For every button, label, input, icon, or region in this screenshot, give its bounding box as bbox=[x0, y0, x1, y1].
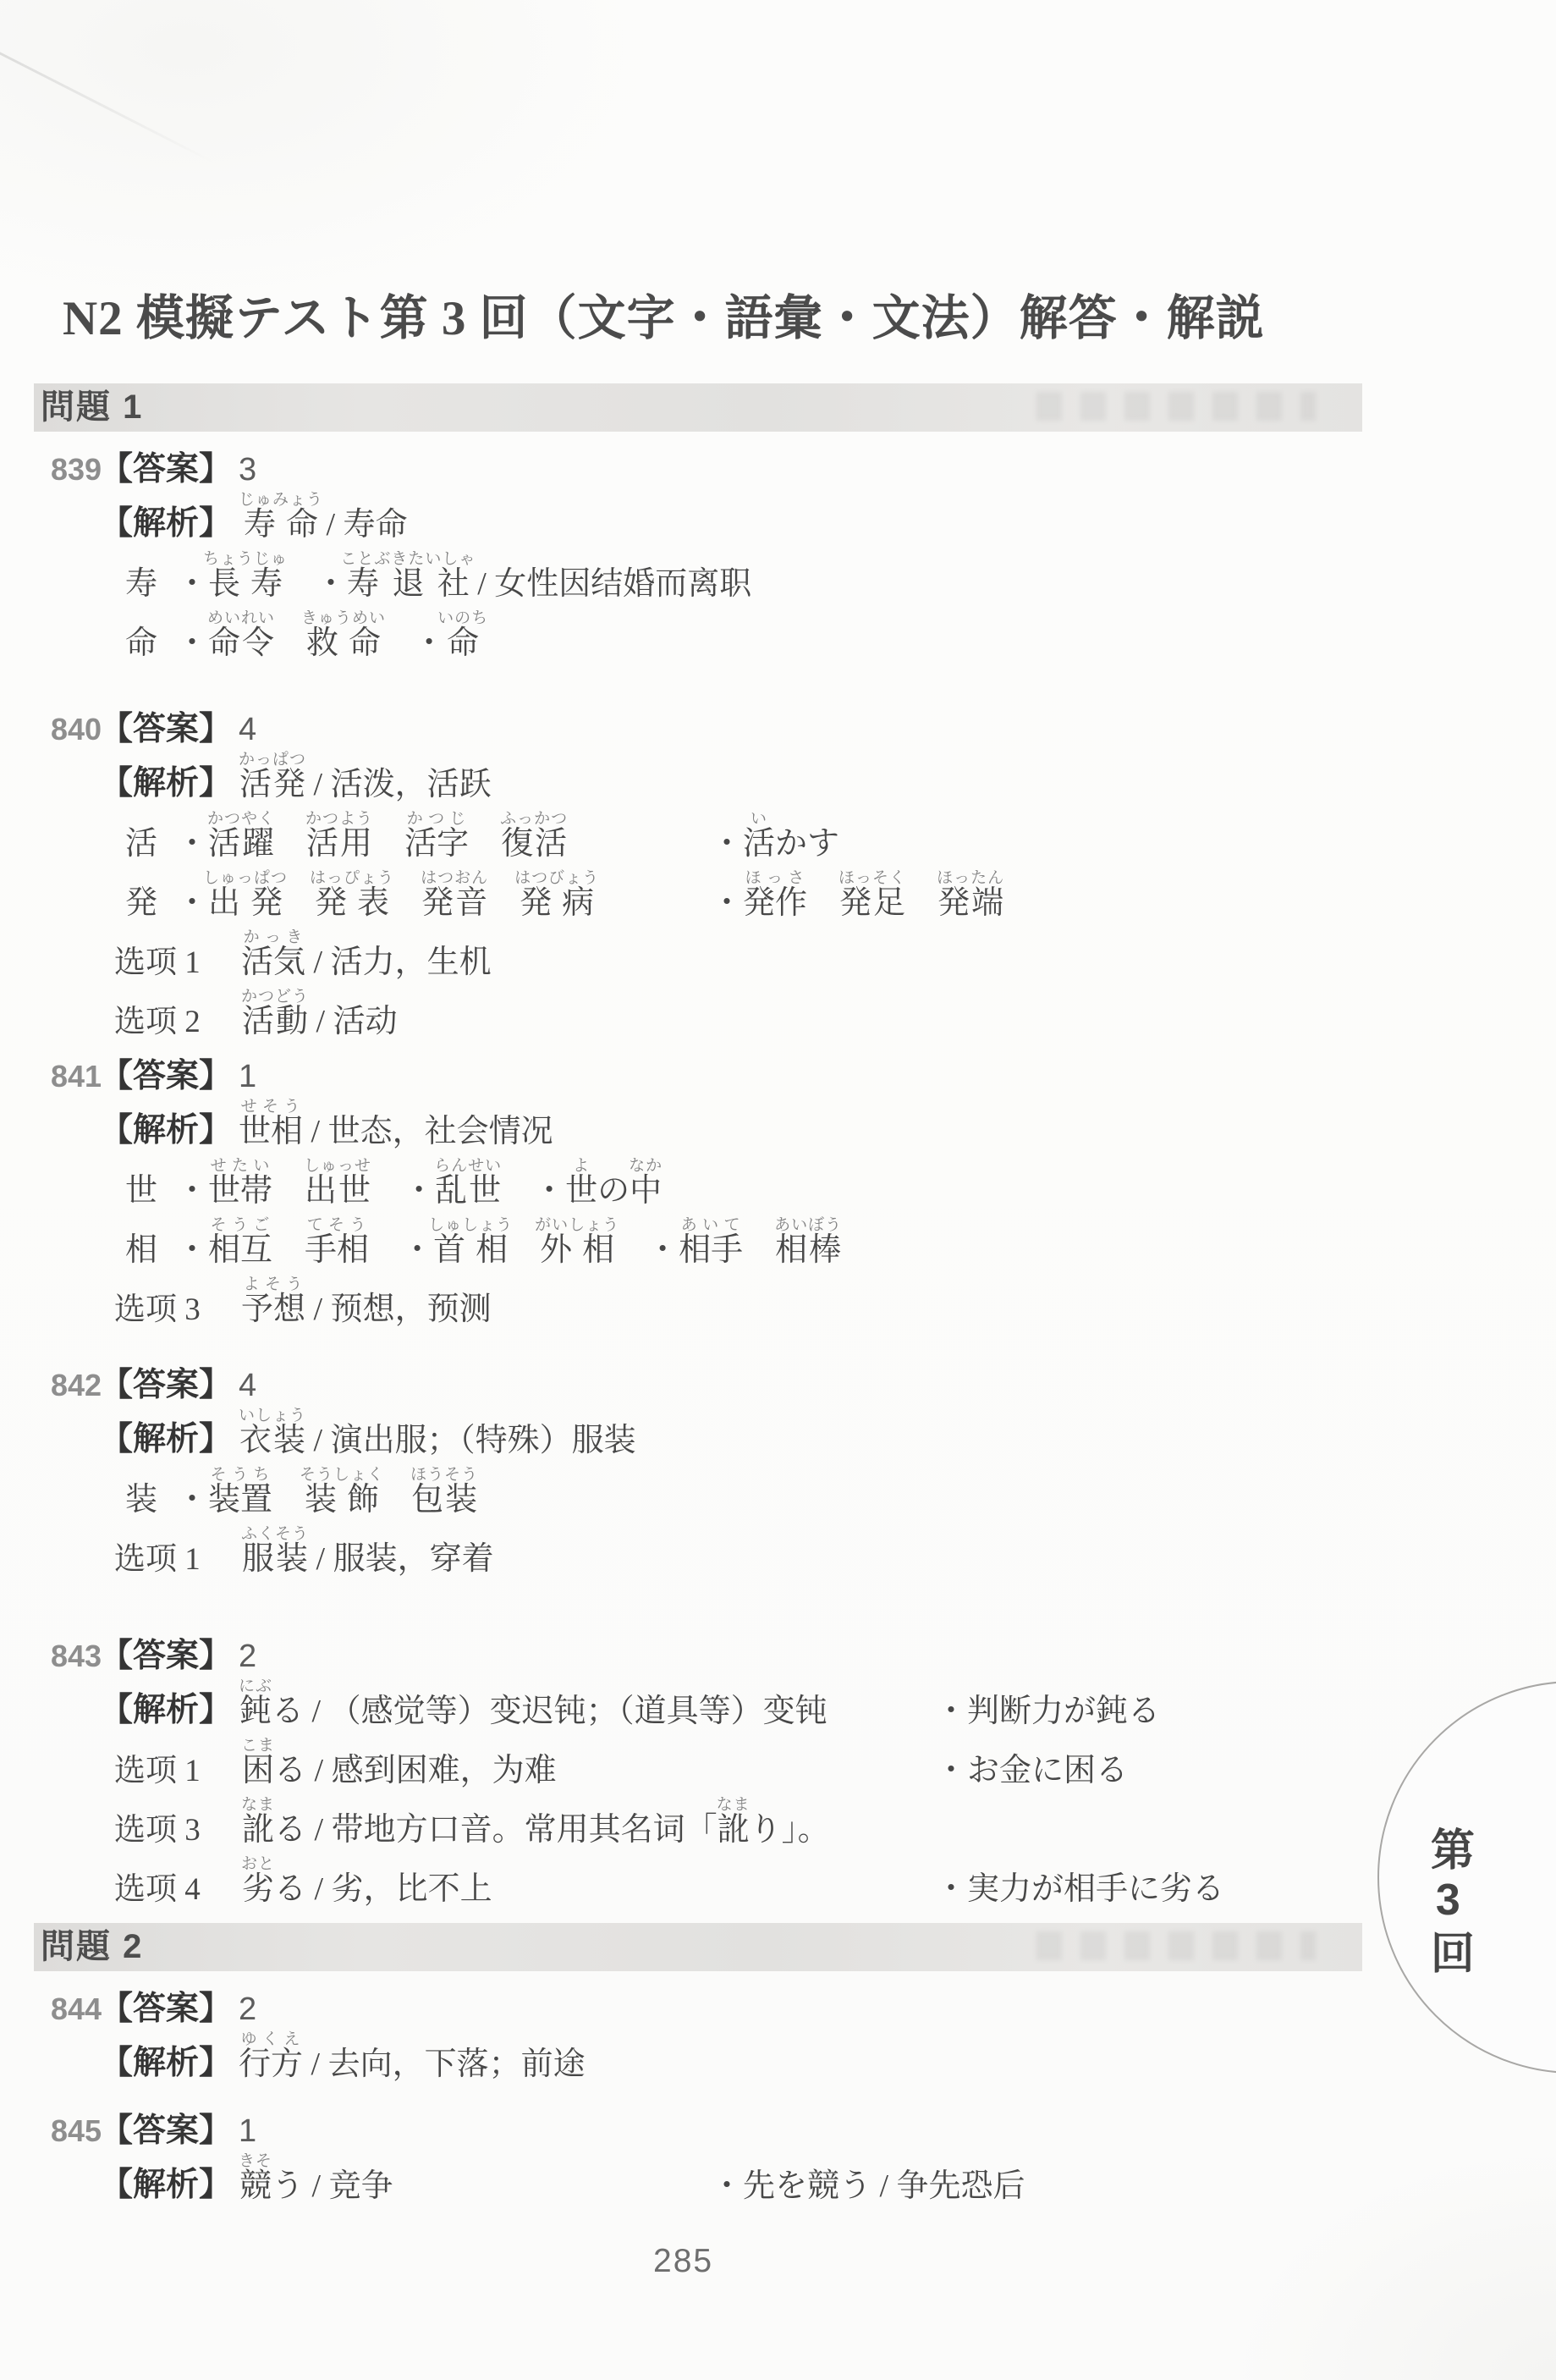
furigana-reading: かつどう bbox=[241, 988, 309, 1005]
furigana-reading: てそう bbox=[305, 1216, 369, 1234]
furigana-word: 発表はっぴょう bbox=[315, 885, 389, 921]
answer-value: 3 bbox=[239, 452, 256, 488]
furigana-reading: おと bbox=[241, 1855, 275, 1873]
explanation-text: ・活躍かつやく 活用かつよう 活字かつじ 復活ふっかつ bbox=[176, 810, 568, 863]
explanation-row: 寿・長寿ちょうじゅ ・寿退社ことぶきたいしゃ / 女性因结婚而离职 bbox=[51, 548, 1489, 603]
text-run: ・ bbox=[381, 625, 445, 661]
furigana-reading: い bbox=[743, 810, 775, 828]
furigana-reading: ほっそく bbox=[838, 869, 906, 887]
explanation-text: 世相せそう / 世态，社会情况 bbox=[239, 1098, 553, 1151]
question-number: 844 bbox=[51, 1992, 100, 2027]
furigana-reading: いしょう bbox=[239, 1407, 306, 1424]
text-run: う / 竞争 bbox=[272, 2168, 393, 2204]
explanation-text: 活動かつどう / 活动 bbox=[241, 988, 398, 1041]
answer-item: 841【答案】1【解析】世相せそう / 世态，社会情况世・世帯せたい 出世しゅっ… bbox=[51, 1050, 1489, 1329]
text-run bbox=[272, 1232, 305, 1268]
explanation-row: 选项 2活動かつどう / 活动 bbox=[51, 985, 1489, 1041]
text-run: る / 感到困难，为难 bbox=[274, 1753, 557, 1788]
furigana-reading: ことぶきたいしゃ bbox=[340, 550, 476, 568]
furigana-reading: せたい bbox=[208, 1157, 272, 1175]
text-run: ・ bbox=[711, 826, 743, 862]
text-run: ・ bbox=[614, 1232, 679, 1268]
answer-line: 839【答案】3 bbox=[51, 443, 1489, 485]
text-run bbox=[743, 1232, 775, 1268]
furigana-word: 出発しゅっぱつ bbox=[208, 885, 283, 921]
text-run: ・お金に困る bbox=[935, 1753, 1128, 1788]
text-run bbox=[389, 885, 421, 921]
furigana-reading: せそう bbox=[239, 1098, 303, 1116]
text-run: ・ bbox=[176, 1482, 208, 1518]
text-run: / 去向，下落；前途 bbox=[303, 2047, 586, 2082]
option-label: 选项 1 bbox=[114, 1533, 241, 1578]
text-run: / 服装，穿着 bbox=[308, 1541, 494, 1577]
explanation-text: 活気かっき / 活力，生机 bbox=[241, 928, 492, 982]
answer-label: 【答案】 bbox=[100, 443, 232, 490]
explanation-row: 【解析】行方ゆくえ / 去向，下落；前途 bbox=[51, 2028, 1489, 2084]
answer-value: 2 bbox=[239, 1992, 256, 2028]
furigana-word: 予想よそう bbox=[241, 1292, 305, 1327]
kanji-head: 活 bbox=[125, 817, 176, 863]
text-run: ・ bbox=[371, 1173, 435, 1209]
explanation-text: ・命令めいれい 救命きゅうめい ・命いのち bbox=[176, 609, 488, 663]
explanation-row: 【解析】世相せそう / 世态，社会情况 bbox=[51, 1095, 1489, 1151]
answer-value: 4 bbox=[239, 1368, 256, 1404]
section-tab-label: 第3回 bbox=[1421, 1826, 1474, 1979]
text-run bbox=[372, 826, 404, 862]
option-label: 选项 3 bbox=[114, 1804, 241, 1849]
answer-label: 【答案】 bbox=[100, 1629, 232, 1677]
furigana-word: 活字かつじ bbox=[404, 826, 469, 862]
explanation-text: 劣おとる / 劣，比不上 bbox=[241, 1855, 492, 1909]
explanation-text: ・出発しゅっぱつ 発表はっぴょう 発音はつおん 発病はつびょう bbox=[176, 869, 599, 923]
explanation-text: 困こまる / 感到困难，为难 bbox=[241, 1737, 557, 1790]
furigana-word: 活発かっぱつ bbox=[239, 767, 305, 802]
kaiseki-label: 【解析】 bbox=[100, 2036, 239, 2084]
question-number: 842 bbox=[51, 1368, 100, 1403]
kaiseki-label: 【解析】 bbox=[100, 1683, 239, 1731]
option-label: 选项 2 bbox=[114, 995, 241, 1041]
section-header-bar: 問題 2 bbox=[34, 1923, 1362, 1971]
section-header-label: 問題 2 bbox=[41, 1923, 143, 1971]
explanation-row: 选项 3訛なまる / 带地方口音。常用其名词「訛なまり」。 bbox=[51, 1793, 1489, 1849]
furigana-word: 行方ゆくえ bbox=[239, 2047, 303, 2082]
text-run: / 演出服；（特殊）服装 bbox=[305, 1423, 636, 1458]
text-run: / 活力，生机 bbox=[305, 945, 492, 980]
furigana-reading: こま bbox=[241, 1737, 275, 1755]
section-header-label: 問題 1 bbox=[41, 383, 143, 432]
option-label: 选项 4 bbox=[114, 1863, 241, 1909]
answer-label: 【答案】 bbox=[100, 1358, 232, 1406]
furigana-word: 装飾そうしょく bbox=[305, 1482, 379, 1518]
furigana-word: 活気かっき bbox=[241, 945, 305, 980]
furigana-reading: しゅっぱつ bbox=[203, 869, 288, 887]
furigana-reading: あいぼう bbox=[774, 1216, 842, 1234]
furigana-reading: きゅうめい bbox=[301, 609, 386, 627]
furigana-word: 寿退社ことぶきたいしゃ bbox=[347, 566, 470, 602]
explanation-text: ・長寿ちょうじゅ ・寿退社ことぶきたいしゃ / 女性因结婚而离职 bbox=[176, 550, 751, 603]
explanation-row: 选项 1活気かっき / 活力，生机 bbox=[51, 926, 1489, 982]
furigana-word: 外相がいしょう bbox=[540, 1232, 614, 1268]
text-run bbox=[274, 826, 306, 862]
furigana-word: 発音はつおん bbox=[421, 885, 487, 921]
furigana-word: 発病はつびょう bbox=[520, 885, 599, 921]
furigana-word: 発端ほったん bbox=[937, 885, 1004, 921]
explanation-text: ・世帯せたい 出世しゅっせ ・乱世らんせい ・世よの中なか bbox=[176, 1157, 663, 1210]
furigana-reading: なま bbox=[717, 1796, 751, 1814]
furigana-reading: ほっさ bbox=[743, 869, 807, 887]
option-label: 选项 1 bbox=[114, 1744, 241, 1790]
furigana-word: 出世しゅっせ bbox=[305, 1173, 371, 1209]
explanation-text: 衣装いしょう / 演出服；（特殊）服装 bbox=[239, 1407, 636, 1460]
explanation-text: 寿命じゅみょう / 寿命 bbox=[239, 491, 408, 544]
text-run: る / 劣，比不上 bbox=[274, 1871, 492, 1907]
usage-example: ・活いかす bbox=[711, 810, 839, 863]
furigana-reading: そうち bbox=[208, 1466, 272, 1484]
explanation-row: 选项 3予想よそう / 预想，预测 bbox=[51, 1273, 1489, 1329]
question-number: 843 bbox=[51, 1639, 100, 1674]
answer-label: 【答案】 bbox=[100, 1982, 232, 2030]
furigana-reading: よ bbox=[565, 1157, 597, 1175]
answer-label: 【答案】 bbox=[100, 1050, 232, 1097]
explanation-text: 鈍にぶる / （感觉等）变迟钝；（道具等）变钝 bbox=[239, 1678, 827, 1731]
explanation-row: 【解析】寿命じゅみょう / 寿命 bbox=[51, 488, 1489, 544]
explanation-row: 选项 4劣おとる / 劣，比不上・実力が相手に劣る bbox=[51, 1853, 1489, 1909]
furigana-reading: めいれい bbox=[207, 609, 275, 627]
text-run bbox=[272, 1173, 305, 1209]
usage-example: ・発作ほっさ 発足ほっそく 発端ほったん bbox=[711, 869, 1004, 923]
kanji-head: 世 bbox=[125, 1164, 176, 1210]
usage-example: ・お金に困る bbox=[935, 1744, 1128, 1790]
kaiseki-label: 【解析】 bbox=[100, 2158, 239, 2206]
furigana-reading: そうしょく bbox=[300, 1466, 384, 1484]
furigana-word: 相互そうご bbox=[208, 1232, 272, 1268]
kanji-head: 寿 bbox=[125, 557, 176, 603]
furigana-reading: らんせい bbox=[434, 1157, 502, 1175]
usage-example: ・判断力が鈍る bbox=[935, 1684, 1160, 1731]
furigana-word: 発作ほっさ bbox=[743, 885, 807, 921]
answer-item: 843【答案】2【解析】鈍にぶる / （感觉等）变迟钝；（道具等）变钝・判断力が… bbox=[51, 1629, 1489, 1909]
furigana-word: 相手あいて bbox=[679, 1232, 743, 1268]
answer-value: 1 bbox=[239, 1059, 256, 1095]
paper-crease bbox=[0, 34, 214, 163]
furigana-word: 世相せそう bbox=[239, 1114, 303, 1149]
answer-item: 844【答案】2【解析】行方ゆくえ / 去向，下落；前途 bbox=[51, 1982, 1489, 2084]
kaiseki-label: 【解析】 bbox=[100, 1104, 239, 1151]
furigana-word: 活躍かつやく bbox=[208, 826, 274, 862]
explanation-text: 服装ふくそう / 服装，穿着 bbox=[241, 1525, 494, 1578]
question-number: 840 bbox=[51, 712, 100, 747]
furigana-reading: がいしょう bbox=[535, 1216, 619, 1234]
explanation-text: ・装置そうち 装飾そうしょく 包装ほうそう bbox=[176, 1466, 478, 1519]
text-run: / 女性因结婚而离职 bbox=[470, 566, 752, 602]
answer-line: 842【答案】4 bbox=[51, 1358, 1489, 1401]
furigana-word: 装置そうち bbox=[208, 1482, 272, 1518]
answer-label: 【答案】 bbox=[100, 2104, 232, 2151]
text-run: ・ bbox=[176, 826, 208, 862]
explanation-row: 选项 1困こまる / 感到困难，为难・お金に困る bbox=[51, 1734, 1489, 1790]
text-run: ・ bbox=[176, 1232, 208, 1268]
text-run: ・先を競う / 争先恐后 bbox=[711, 2168, 1025, 2204]
furigana-reading: にぶ bbox=[239, 1678, 272, 1695]
furigana-word: 中なか bbox=[630, 1173, 663, 1209]
furigana-reading: あいて bbox=[679, 1216, 743, 1234]
kaiseki-label: 【解析】 bbox=[100, 497, 239, 544]
furigana-word: 服装ふくそう bbox=[241, 1541, 308, 1577]
text-run: ・ bbox=[176, 625, 208, 661]
furigana-reading: じゅみょう bbox=[239, 491, 323, 509]
text-run bbox=[807, 885, 839, 921]
text-run bbox=[469, 826, 501, 862]
answer-item: 845【答案】1【解析】競きそう / 竞争・先を競う / 争先恐后 bbox=[51, 2104, 1489, 2206]
usage-example: ・実力が相手に劣る bbox=[935, 1862, 1224, 1909]
question-number: 845 bbox=[51, 2113, 100, 2149]
furigana-word: 活い bbox=[743, 826, 775, 862]
explanation-row: 装・装置そうち 装飾そうしょく 包装ほうそう bbox=[51, 1463, 1489, 1519]
furigana-word: 乱世らんせい bbox=[435, 1173, 501, 1209]
furigana-word: 訛なま bbox=[241, 1812, 274, 1848]
explanation-text: ・相互そうご 手相てそう ・首相しゅしょう 外相がいしょう ・相手あいて 相棒あ… bbox=[176, 1216, 842, 1270]
answer-value: 2 bbox=[239, 1639, 256, 1675]
furigana-reading: ちょうじゅ bbox=[203, 550, 288, 568]
furigana-word: 相棒あいぼう bbox=[775, 1232, 842, 1268]
option-label: 选项 1 bbox=[114, 936, 241, 982]
explanation-row: 発・出発しゅっぱつ 発表はっぴょう 発音はつおん 発病はつびょう・発作ほっさ 発… bbox=[51, 867, 1489, 923]
furigana-reading: かつじ bbox=[404, 810, 469, 828]
furigana-word: 救命きゅうめい bbox=[306, 625, 381, 661]
furigana-word: 首相しゅしょう bbox=[433, 1232, 508, 1268]
text-run: ・ bbox=[501, 1173, 565, 1209]
text-run: / 预想，预测 bbox=[305, 1292, 492, 1327]
option-label: 选项 3 bbox=[114, 1283, 241, 1329]
furigana-word: 包装ほうそう bbox=[411, 1482, 478, 1518]
furigana-word: 競きそ bbox=[239, 2168, 272, 2204]
furigana-reading: かっき bbox=[241, 928, 305, 946]
explanation-row: 【解析】競きそう / 竞争・先を競う / 争先恐后 bbox=[51, 2150, 1489, 2206]
furigana-reading: よそう bbox=[241, 1275, 305, 1293]
kaiseki-label: 【解析】 bbox=[100, 757, 239, 804]
furigana-word: 命令めいれい bbox=[208, 625, 274, 661]
answer-line: 840【答案】4 bbox=[51, 702, 1489, 745]
furigana-word: 復活ふっかつ bbox=[501, 826, 568, 862]
furigana-reading: ふっかつ bbox=[500, 810, 568, 828]
furigana-reading: ふくそう bbox=[241, 1525, 309, 1543]
furigana-reading: かっぱつ bbox=[239, 751, 306, 769]
explanation-row: 世・世帯せたい 出世しゅっせ ・乱世らんせい ・世よの中なか bbox=[51, 1154, 1489, 1210]
furigana-reading: そうご bbox=[208, 1216, 272, 1234]
explanation-row: 相・相互そうご 手相てそう ・首相しゅしょう 外相がいしょう ・相手あいて 相棒… bbox=[51, 1214, 1489, 1270]
text-run bbox=[905, 885, 937, 921]
answer-value: 1 bbox=[239, 2113, 256, 2150]
explanation-text: 訛なまる / 带地方口音。常用其名词「訛なまり」。 bbox=[241, 1796, 830, 1849]
answer-item: 839【答案】3【解析】寿命じゅみょう / 寿命寿・長寿ちょうじゅ ・寿退社こと… bbox=[51, 443, 1489, 663]
question-number: 841 bbox=[51, 1059, 100, 1094]
text-run: る / 带地方口音。常用其名词「 bbox=[274, 1812, 718, 1848]
furigana-word: 手相てそう bbox=[305, 1232, 369, 1268]
page-number: 285 bbox=[653, 2243, 713, 2280]
furigana-word: 活動かつどう bbox=[241, 1004, 308, 1039]
page-title: N2 模擬テスト第 3 回（文字・語彙・文法）解答・解説 bbox=[63, 279, 1265, 349]
kanji-head: 発 bbox=[125, 876, 176, 923]
furigana-word: 劣おと bbox=[241, 1871, 274, 1907]
answer-label: 【答案】 bbox=[100, 702, 232, 750]
explanation-row: 【解析】鈍にぶる / （感觉等）变迟钝；（道具等）变钝・判断力が鈍る bbox=[51, 1675, 1489, 1731]
answer-line: 841【答案】1 bbox=[51, 1050, 1489, 1092]
section-header-bar: 問題 1 bbox=[34, 383, 1362, 432]
text-run: の bbox=[597, 1173, 630, 1209]
answer-line: 845【答案】1 bbox=[51, 2104, 1489, 2146]
furigana-reading: きそ bbox=[239, 2152, 272, 2170]
furigana-word: 寿命じゅみょう bbox=[239, 507, 318, 543]
question-number: 839 bbox=[51, 452, 100, 488]
text-run: / 世态，社会情况 bbox=[303, 1114, 553, 1149]
furigana-word: 世よ bbox=[565, 1173, 597, 1209]
explanation-text: 行方ゆくえ / 去向，下落；前途 bbox=[239, 2030, 586, 2084]
furigana-word: 鈍にぶ bbox=[239, 1694, 272, 1729]
furigana-reading: しゅしょう bbox=[428, 1216, 513, 1234]
text-run: ・判断力が鈍る bbox=[935, 1694, 1160, 1729]
explanation-row: 活・活躍かつやく 活用かつよう 活字かつじ 復活ふっかつ・活いかす bbox=[51, 807, 1489, 863]
furigana-word: 世帯せたい bbox=[208, 1173, 272, 1209]
text-run: ・ bbox=[369, 1232, 433, 1268]
furigana-reading: はつびょう bbox=[514, 869, 599, 887]
furigana-reading: しゅっせ bbox=[304, 1157, 371, 1175]
answer-line: 844【答案】2 bbox=[51, 1982, 1489, 2025]
text-run: る / （感觉等）变迟钝；（道具等）变钝 bbox=[272, 1694, 827, 1729]
explanation-text: 予想よそう / 预想，预测 bbox=[241, 1275, 492, 1329]
text-run: ・ bbox=[711, 885, 743, 921]
explanation-row: 【解析】活発かっぱつ / 活泼，活跃 bbox=[51, 748, 1489, 804]
text-run: ・ bbox=[176, 1173, 208, 1209]
furigana-reading: ほうそう bbox=[410, 1466, 478, 1484]
furigana-reading: なま bbox=[241, 1796, 275, 1814]
text-run: り」。 bbox=[750, 1812, 830, 1848]
explanation-text: 活発かっぱつ / 活泼，活跃 bbox=[239, 751, 492, 804]
kanji-head: 装 bbox=[125, 1473, 176, 1519]
furigana-reading: かつやく bbox=[207, 810, 275, 828]
furigana-word: 訛なま bbox=[718, 1812, 750, 1848]
text-run: / 活动 bbox=[308, 1004, 398, 1039]
document-page: N2 模擬テスト第 3 回（文字・語彙・文法）解答・解説 問題 1839【答案】… bbox=[0, 0, 1556, 2380]
text-run: かす bbox=[775, 826, 839, 862]
text-run: ・ bbox=[283, 566, 347, 602]
furigana-reading: かつよう bbox=[305, 810, 373, 828]
explanation-row: 命・命令めいれい 救命きゅうめい ・命いのち bbox=[51, 607, 1489, 663]
furigana-reading: ゆくえ bbox=[239, 2030, 303, 2048]
answer-item: 840【答案】4【解析】活発かっぱつ / 活泼，活跃活・活躍かつやく 活用かつよ… bbox=[51, 702, 1489, 1041]
furigana-word: 長寿ちょうじゅ bbox=[208, 566, 283, 602]
kaiseki-label: 【解析】 bbox=[100, 1413, 239, 1460]
explanation-text: 競きそう / 竞争 bbox=[239, 2152, 393, 2206]
furigana-reading: はっぴょう bbox=[310, 869, 394, 887]
furigana-reading: なか bbox=[629, 1157, 663, 1175]
text-run bbox=[379, 1482, 411, 1518]
answer-value: 4 bbox=[239, 712, 256, 748]
kanji-head: 命 bbox=[125, 616, 176, 663]
text-run: ・実力が相手に劣る bbox=[935, 1871, 1224, 1907]
answer-line: 843【答案】2 bbox=[51, 1629, 1489, 1672]
furigana-word: 衣装いしょう bbox=[239, 1423, 305, 1458]
text-run: / 寿命 bbox=[318, 507, 408, 543]
text-run: / 活泼，活跃 bbox=[305, 767, 492, 802]
furigana-word: 困こま bbox=[241, 1753, 274, 1788]
furigana-reading: いのち bbox=[437, 609, 488, 627]
answer-item: 842【答案】4【解析】衣装いしょう / 演出服；（特殊）服装装・装置そうち 装… bbox=[51, 1358, 1489, 1578]
kanji-head: 相 bbox=[125, 1223, 176, 1270]
explanation-row: 【解析】衣装いしょう / 演出服；（特殊）服装 bbox=[51, 1404, 1489, 1460]
furigana-word: 命いのち bbox=[445, 625, 488, 661]
usage-example: ・先を競う / 争先恐后 bbox=[711, 2159, 1025, 2206]
furigana-reading: はつおん bbox=[421, 869, 488, 887]
furigana-word: 活用かつよう bbox=[306, 826, 372, 862]
furigana-reading: ほったん bbox=[937, 869, 1004, 887]
explanation-row: 选项 1服装ふくそう / 服装，穿着 bbox=[51, 1523, 1489, 1578]
furigana-word: 発足ほっそく bbox=[839, 885, 905, 921]
